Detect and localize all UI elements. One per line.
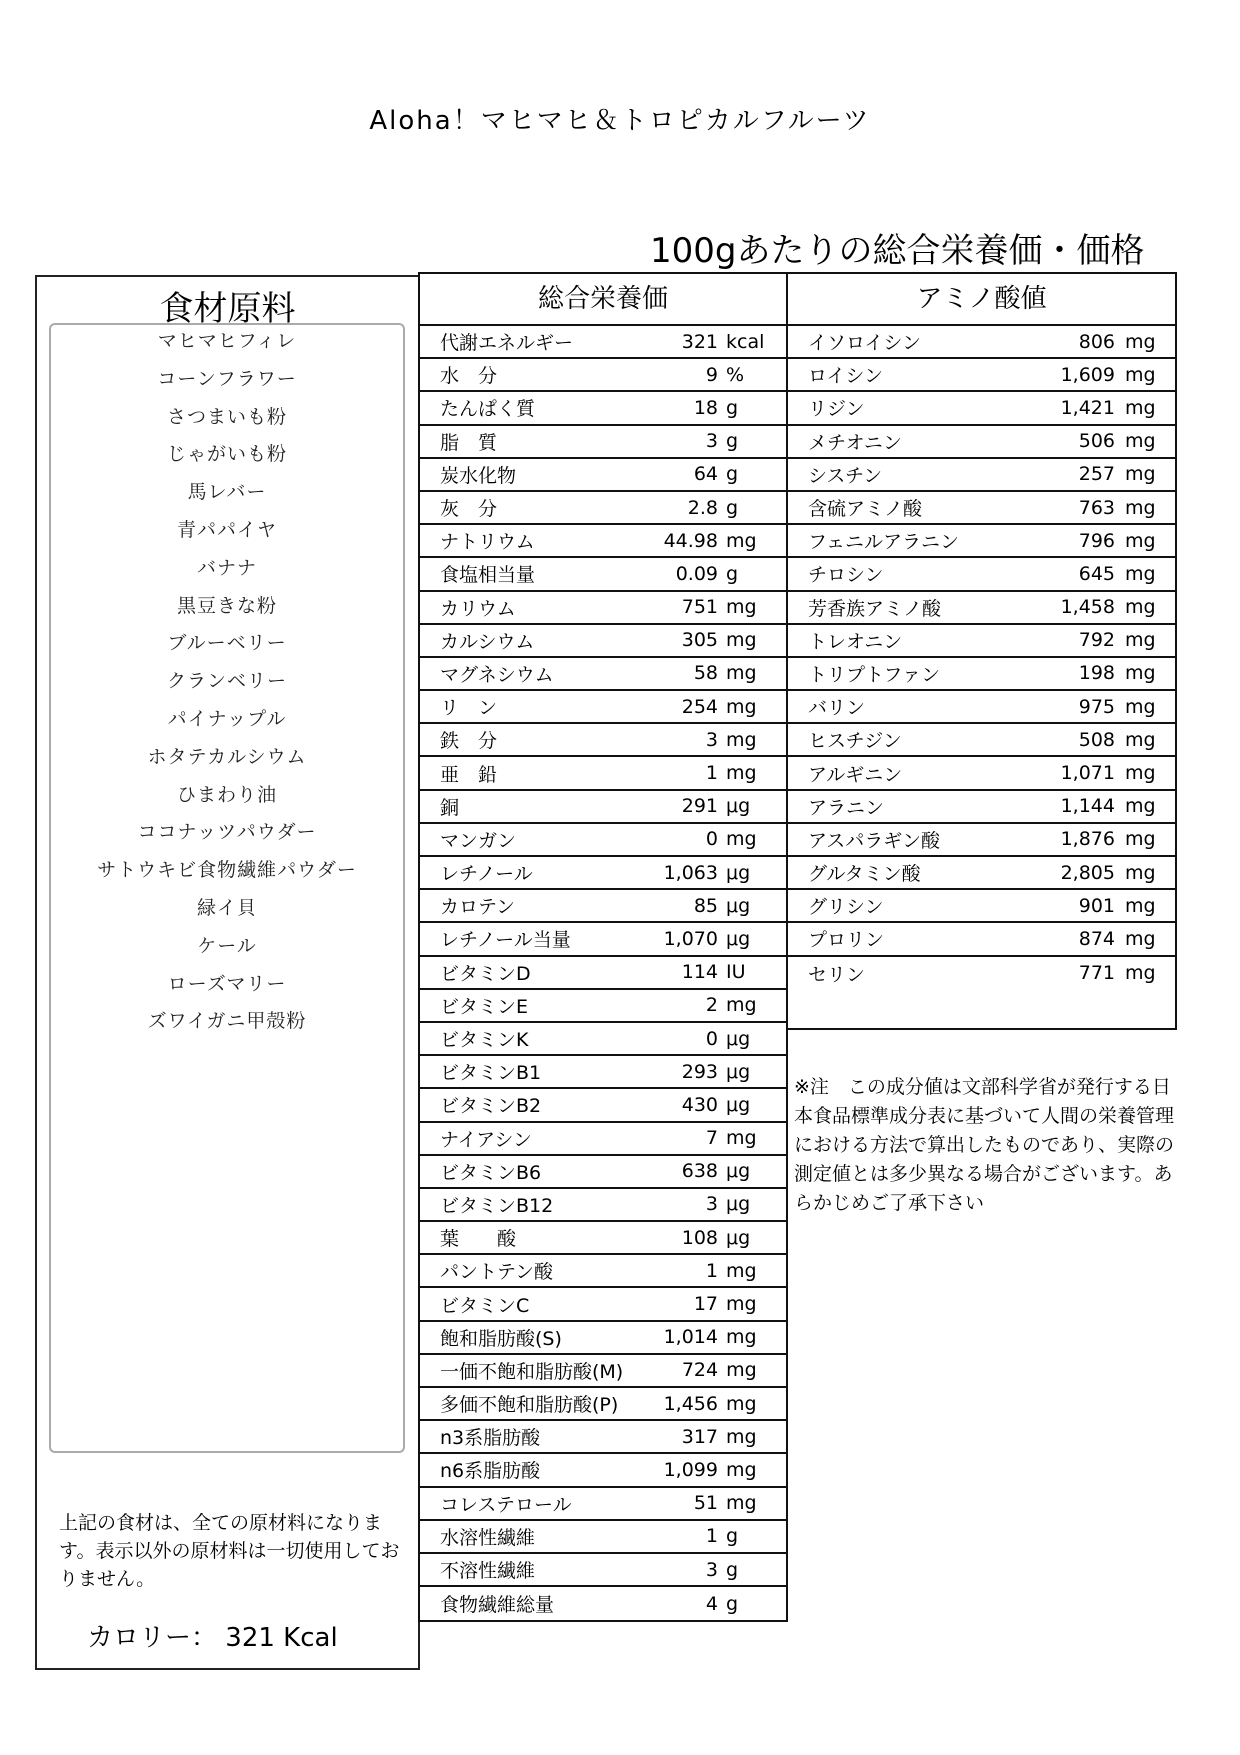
row-label: 亜 鉛 — [420, 760, 623, 787]
row-unit: mg — [1115, 895, 1175, 917]
row-label: パントテン酸 — [420, 1257, 623, 1284]
row-label: バリン — [788, 693, 1005, 720]
row-unit: g — [718, 1593, 786, 1615]
row-value: 430 — [623, 1094, 718, 1116]
nutrition-row: カルシウム305mg — [420, 625, 786, 658]
nutrition-row: n3系脂肪酸317mg — [420, 1421, 786, 1454]
row-value: 0 — [623, 828, 718, 850]
nutrition-row: 水溶性繊維1g — [420, 1521, 786, 1554]
row-label: セリン — [788, 960, 1005, 987]
row-value: 1,070 — [623, 928, 718, 950]
nutrition-row: ビタミンD114IU — [420, 957, 786, 990]
row-unit: mg — [718, 1359, 786, 1381]
row-value: 44.98 — [623, 530, 718, 552]
row-value: 58 — [623, 662, 718, 684]
row-value: 1,421 — [1005, 397, 1115, 419]
amino-row: セリン771mg — [788, 957, 1175, 990]
row-unit: mg — [718, 1127, 786, 1149]
row-unit: mg — [1115, 629, 1175, 651]
row-label: 水溶性繊維 — [420, 1523, 623, 1550]
nutrition-row: ビタミンC17mg — [420, 1288, 786, 1321]
row-value: 2.8 — [623, 497, 718, 519]
row-unit: mg — [1115, 795, 1175, 817]
amino-row: バリン975mg — [788, 691, 1175, 724]
nutrition-row: ビタミンE2mg — [420, 990, 786, 1023]
row-label: リジン — [788, 394, 1005, 421]
row-label: マグネシウム — [420, 660, 623, 687]
row-label: 灰 分 — [420, 494, 623, 521]
row-label: 代謝エネルギー — [420, 328, 623, 355]
ingredient-item: ズワイガニ甲殻粉 — [51, 1005, 403, 1043]
nutrition-row: ビタミンB6638μg — [420, 1156, 786, 1189]
amino-row: メチオニン506mg — [788, 426, 1175, 459]
nutrition-row: ナトリウム44.98mg — [420, 525, 786, 558]
amino-row: 芳香族アミノ酸1,458mg — [788, 592, 1175, 625]
row-label: 銅 — [420, 793, 623, 820]
row-unit: mg — [1115, 962, 1175, 984]
row-unit: mg — [1115, 497, 1175, 519]
row-value: 17 — [623, 1293, 718, 1315]
amino-heading: アミノ酸値 — [788, 274, 1175, 326]
row-value: 85 — [623, 895, 718, 917]
row-value: 763 — [1005, 497, 1115, 519]
row-label: メチオニン — [788, 428, 1005, 455]
row-label: たんぱく質 — [420, 394, 623, 421]
row-label: ビタミンB12 — [420, 1191, 623, 1218]
ingredients-list: マヒマヒフィレコーンフラワーさつまいも粉じゃがいも粉馬レバー青パパイヤバナナ黒豆… — [49, 323, 405, 1453]
nutrition-row: カリウム751mg — [420, 592, 786, 625]
ingredient-item: 馬レバー — [51, 476, 403, 514]
nutrition-row: ビタミンB2430μg — [420, 1089, 786, 1122]
row-label: トレオニン — [788, 627, 1005, 654]
row-value: 1,456 — [623, 1393, 718, 1415]
nutrition-row: ビタミンB1293μg — [420, 1056, 786, 1089]
row-unit: mg — [1115, 862, 1175, 884]
ingredient-item: サトウキビ食物繊維パウダー — [51, 854, 403, 892]
row-unit: g — [718, 1559, 786, 1581]
calorie-label: カロリー： — [87, 1623, 217, 1653]
row-label: 飽和脂肪酸(S) — [420, 1324, 623, 1351]
row-label: 一価不飽和脂肪酸(M) — [420, 1357, 623, 1384]
row-unit: mg — [718, 994, 786, 1016]
nutrition-row: 飽和脂肪酸(S)1,014mg — [420, 1322, 786, 1355]
row-label: グリシン — [788, 892, 1005, 919]
row-value: 1,099 — [623, 1459, 718, 1481]
amino-row: ロイシン1,609mg — [788, 359, 1175, 392]
amino-row: トレオニン792mg — [788, 625, 1175, 658]
row-value: 198 — [1005, 662, 1115, 684]
row-unit: g — [718, 430, 786, 452]
row-unit: mg — [718, 729, 786, 751]
row-value: 64 — [623, 463, 718, 485]
row-unit: mg — [718, 1459, 786, 1481]
row-label: コレステロール — [420, 1490, 623, 1517]
row-value: 724 — [623, 1359, 718, 1381]
calorie-value: 321 Kcal — [225, 1623, 337, 1653]
amino-row: トリプトファン198mg — [788, 658, 1175, 691]
row-label: レチノール当量 — [420, 925, 623, 952]
row-unit: mg — [1115, 331, 1175, 353]
row-value: 792 — [1005, 629, 1115, 651]
row-unit: g — [718, 497, 786, 519]
row-value: 901 — [1005, 895, 1115, 917]
row-unit: mg — [718, 1326, 786, 1348]
row-label: カリウム — [420, 594, 623, 621]
nutrition-row: 銅291μg — [420, 791, 786, 824]
row-label: n6系脂肪酸 — [420, 1456, 623, 1483]
row-unit: μg — [718, 862, 786, 884]
row-value: 254 — [623, 696, 718, 718]
row-value: 506 — [1005, 430, 1115, 452]
footnote: ※注 この成分値は文部科学省が発行する日本食品標準成分表に基づいて人間の栄養管理… — [794, 1073, 1174, 1218]
document-title: Aloha！マヒマヒ＆トロピカルフルーツ — [0, 100, 1240, 137]
row-label: ヒスチジン — [788, 726, 1005, 753]
ingredient-item: さつまいも粉 — [51, 401, 403, 439]
row-unit: mg — [1115, 662, 1175, 684]
row-value: 305 — [623, 629, 718, 651]
row-label: シスチン — [788, 461, 1005, 488]
row-unit: mg — [1115, 397, 1175, 419]
ingredient-item: ホタテカルシウム — [51, 741, 403, 779]
row-value: 317 — [623, 1426, 718, 1448]
row-label: アラニン — [788, 793, 1005, 820]
row-unit: mg — [1115, 563, 1175, 585]
row-unit: g — [718, 1525, 786, 1547]
amino-row: シスチン257mg — [788, 459, 1175, 492]
row-value: 257 — [1005, 463, 1115, 485]
row-label: ビタミンD — [420, 959, 623, 986]
row-label: カルシウム — [420, 627, 623, 654]
nutrition-row: 脂 質3g — [420, 426, 786, 459]
amino-row: アラニン1,144mg — [788, 791, 1175, 824]
row-unit: mg — [718, 629, 786, 651]
ingredient-item: ココナッツパウダー — [51, 816, 403, 854]
nutrition-heading: 総合栄養価 — [420, 274, 786, 326]
row-label: ビタミンB6 — [420, 1158, 623, 1185]
row-unit: mg — [1115, 596, 1175, 618]
row-unit: g — [718, 397, 786, 419]
nutrition-row: カロテン85μg — [420, 890, 786, 923]
nutrition-table: 総合栄養価 代謝エネルギー321kcal水 分9%たんぱく質18g脂 質3g炭水… — [418, 272, 788, 1622]
row-unit: μg — [718, 1227, 786, 1249]
nutrition-row: ビタミンB123μg — [420, 1189, 786, 1222]
row-value: 1 — [623, 1260, 718, 1282]
row-unit: mg — [718, 696, 786, 718]
row-unit: mg — [718, 828, 786, 850]
nutrition-row: コレステロール51mg — [420, 1488, 786, 1521]
row-unit: μg — [718, 1094, 786, 1116]
nutrition-row: 灰 分2.8g — [420, 492, 786, 525]
row-value: 114 — [623, 961, 718, 983]
nutrition-row: マンガン0mg — [420, 824, 786, 857]
row-unit: mg — [1115, 696, 1175, 718]
nutrition-row: 代謝エネルギー321kcal — [420, 326, 786, 359]
row-value: 2,805 — [1005, 862, 1115, 884]
row-value: 321 — [623, 331, 718, 353]
row-value: 638 — [623, 1160, 718, 1182]
row-unit: mg — [718, 596, 786, 618]
row-value: 1,144 — [1005, 795, 1115, 817]
row-value: 1,063 — [623, 862, 718, 884]
ingredient-item: バナナ — [51, 552, 403, 590]
empty-row — [788, 990, 1175, 1028]
row-value: 1,014 — [623, 1326, 718, 1348]
row-unit: g — [718, 563, 786, 585]
amino-row: ヒスチジン508mg — [788, 724, 1175, 757]
amino-row: アスパラギン酸1,876mg — [788, 824, 1175, 857]
row-value: 2 — [623, 994, 718, 1016]
nutrition-row: 不溶性繊維3g — [420, 1554, 786, 1587]
row-label: 多価不飽和脂肪酸(P) — [420, 1390, 623, 1417]
row-value: 9 — [623, 364, 718, 386]
row-unit: mg — [718, 1293, 786, 1315]
row-label: 葉 酸 — [420, 1224, 623, 1251]
row-value: 751 — [623, 596, 718, 618]
row-value: 874 — [1005, 928, 1115, 950]
ingredient-item: 緑イ貝 — [51, 892, 403, 930]
amino-acid-table: アミノ酸値 イソロイシン806mgロイシン1,609mgリジン1,421mgメチ… — [788, 272, 1177, 1030]
row-value: 975 — [1005, 696, 1115, 718]
row-unit: % — [718, 364, 786, 386]
nutrition-row: パントテン酸1mg — [420, 1255, 786, 1288]
row-label: レチノール — [420, 859, 623, 886]
amino-row: リジン1,421mg — [788, 392, 1175, 425]
row-label: ビタミンK — [420, 1025, 623, 1052]
row-unit: μg — [718, 928, 786, 950]
row-unit: μg — [718, 1061, 786, 1083]
row-unit: mg — [718, 1260, 786, 1282]
row-value: 796 — [1005, 530, 1115, 552]
row-label: アルギニン — [788, 760, 1005, 787]
nutrition-row: 亜 鉛1mg — [420, 757, 786, 790]
row-unit: mg — [1115, 762, 1175, 784]
row-unit: μg — [718, 895, 786, 917]
ingredient-item: ブルーベリー — [51, 627, 403, 665]
row-label: ナイアシン — [420, 1125, 623, 1152]
row-label: プロリン — [788, 925, 1005, 952]
row-unit: μg — [718, 1193, 786, 1215]
row-label: ナトリウム — [420, 527, 623, 554]
row-label: ビタミンC — [420, 1291, 623, 1318]
row-label: ビタミンE — [420, 992, 623, 1019]
nutrition-row: ビタミンK0μg — [420, 1023, 786, 1056]
row-value: 1,071 — [1005, 762, 1115, 784]
row-label: フェニルアラニン — [788, 527, 1005, 554]
row-value: 7 — [623, 1127, 718, 1149]
row-unit: mg — [1115, 530, 1175, 552]
row-label: リ ン — [420, 693, 623, 720]
row-label: 食塩相当量 — [420, 560, 623, 587]
row-unit: mg — [718, 530, 786, 552]
row-value: 0.09 — [623, 563, 718, 585]
nutrition-row: 多価不飽和脂肪酸(P)1,456mg — [420, 1388, 786, 1421]
row-unit: mg — [1115, 364, 1175, 386]
row-unit: mg — [1115, 928, 1175, 950]
row-label: ビタミンB1 — [420, 1058, 623, 1085]
nutrition-row: マグネシウム58mg — [420, 658, 786, 691]
ingredient-item: コーンフラワー — [51, 363, 403, 401]
amino-row: フェニルアラニン796mg — [788, 525, 1175, 558]
row-label: 炭水化物 — [420, 461, 623, 488]
ingredients-panel: 食材原料 マヒマヒフィレコーンフラワーさつまいも粉じゃがいも粉馬レバー青パパイヤ… — [35, 275, 420, 1670]
row-label: ロイシン — [788, 361, 1005, 388]
nutrition-row: 食物繊維総量4g — [420, 1587, 786, 1620]
row-label: ビタミンB2 — [420, 1091, 623, 1118]
row-value: 3 — [623, 430, 718, 452]
row-label: グルタミン酸 — [788, 859, 1005, 886]
nutrition-row: レチノール当量1,070μg — [420, 923, 786, 956]
row-value: 18 — [623, 397, 718, 419]
row-value: 3 — [623, 1559, 718, 1581]
row-value: 1 — [623, 762, 718, 784]
row-label: 脂 質 — [420, 428, 623, 455]
row-label: 食物繊維総量 — [420, 1590, 623, 1617]
nutrition-row: たんぱく質18g — [420, 392, 786, 425]
ingredient-item: ローズマリー — [51, 968, 403, 1006]
row-value: 291 — [623, 795, 718, 817]
row-value: 806 — [1005, 331, 1115, 353]
row-value: 1,876 — [1005, 828, 1115, 850]
row-label: トリプトファン — [788, 660, 1005, 687]
ingredient-item: 黒豆きな粉 — [51, 590, 403, 628]
row-label: 鉄 分 — [420, 726, 623, 753]
amino-row: グルタミン酸2,805mg — [788, 857, 1175, 890]
amino-row: 含硫アミノ酸763mg — [788, 492, 1175, 525]
row-value: 645 — [1005, 563, 1115, 585]
nutrition-row: 一価不飽和脂肪酸(M)724mg — [420, 1355, 786, 1388]
row-label: 芳香族アミノ酸 — [788, 594, 1005, 621]
row-value: 4 — [623, 1593, 718, 1615]
row-value: 293 — [623, 1061, 718, 1083]
ingredient-item: ひまわり油 — [51, 779, 403, 817]
ingredient-item: ケール — [51, 930, 403, 968]
nutrition-row: レチノール1,063μg — [420, 857, 786, 890]
row-unit: mg — [1115, 729, 1175, 751]
row-unit: mg — [1115, 828, 1175, 850]
row-unit: mg — [1115, 430, 1175, 452]
nutrition-row: ナイアシン7mg — [420, 1123, 786, 1156]
row-label: アスパラギン酸 — [788, 826, 1005, 853]
amino-row: グリシン901mg — [788, 890, 1175, 923]
amino-row: プロリン874mg — [788, 923, 1175, 956]
row-unit: μg — [718, 1160, 786, 1182]
row-label: n3系脂肪酸 — [420, 1423, 623, 1450]
row-value: 771 — [1005, 962, 1115, 984]
row-unit: mg — [718, 662, 786, 684]
nutrition-row: 水 分9% — [420, 359, 786, 392]
row-label: チロシン — [788, 560, 1005, 587]
row-unit: mg — [718, 762, 786, 784]
row-label: 不溶性繊維 — [420, 1556, 623, 1583]
nutrition-row: n6系脂肪酸1,099mg — [420, 1454, 786, 1487]
row-unit: kcal — [718, 331, 786, 353]
ingredient-item: じゃがいも粉 — [51, 438, 403, 476]
row-label: 含硫アミノ酸 — [788, 494, 1005, 521]
row-label: 水 分 — [420, 361, 623, 388]
amino-row: イソロイシン806mg — [788, 326, 1175, 359]
row-unit: mg — [1115, 463, 1175, 485]
row-unit: g — [718, 463, 786, 485]
row-unit: mg — [718, 1426, 786, 1448]
row-label: イソロイシン — [788, 328, 1005, 355]
row-value: 3 — [623, 729, 718, 751]
calorie-summary: カロリー： 321 Kcal — [87, 1617, 338, 1654]
ingredient-item: クランベリー — [51, 665, 403, 703]
row-value: 108 — [623, 1227, 718, 1249]
nutrition-row: 葉 酸108μg — [420, 1222, 786, 1255]
row-value: 508 — [1005, 729, 1115, 751]
amino-row: アルギニン1,071mg — [788, 757, 1175, 790]
ingredient-item: パイナップル — [51, 703, 403, 741]
nutrition-row: リ ン254mg — [420, 691, 786, 724]
row-value: 1,609 — [1005, 364, 1115, 386]
row-value: 3 — [623, 1193, 718, 1215]
ingredient-item: 青パパイヤ — [51, 514, 403, 552]
row-unit: μg — [718, 1028, 786, 1050]
row-label: カロテン — [420, 892, 623, 919]
row-unit: mg — [718, 1393, 786, 1415]
row-value: 0 — [623, 1028, 718, 1050]
nutrition-row: 炭水化物64g — [420, 459, 786, 492]
ingredients-note: 上記の食材は、全ての原材料になります。表示以外の原材料は一切使用しておりません。 — [59, 1509, 409, 1593]
row-label: マンガン — [420, 826, 623, 853]
row-unit: mg — [718, 1492, 786, 1514]
row-unit: μg — [718, 795, 786, 817]
row-value: 1 — [623, 1525, 718, 1547]
section-subtitle: 100gあたりの総合栄養価・価格 — [650, 223, 1144, 272]
row-value: 51 — [623, 1492, 718, 1514]
amino-row: チロシン645mg — [788, 558, 1175, 591]
nutrition-row: 鉄 分3mg — [420, 724, 786, 757]
row-value: 1,458 — [1005, 596, 1115, 618]
ingredient-item: マヒマヒフィレ — [51, 325, 403, 363]
row-unit: IU — [718, 961, 786, 983]
nutrition-row: 食塩相当量0.09g — [420, 558, 786, 591]
